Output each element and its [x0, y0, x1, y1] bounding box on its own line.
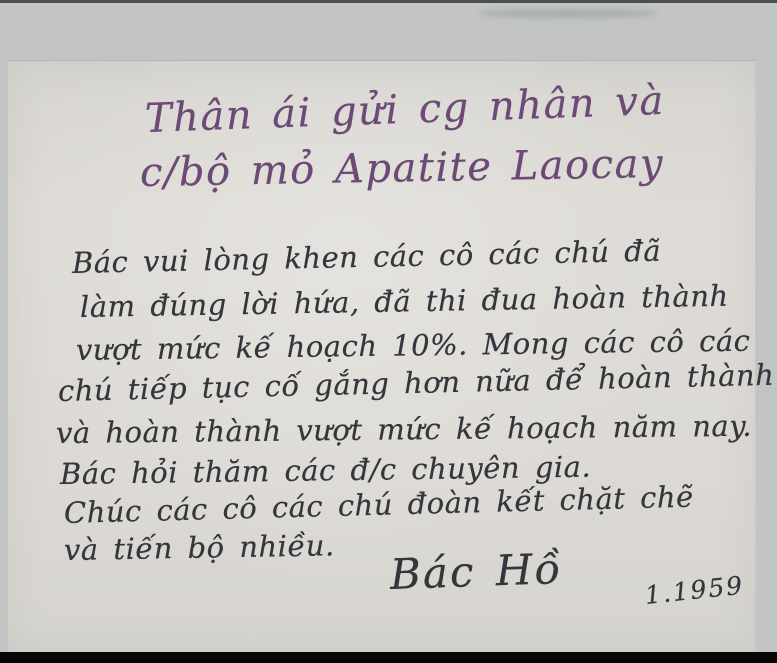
- signature: Bác Hồ: [389, 544, 563, 599]
- letter-body-line: và hoàn thành vượt mức kế hoạch năm nay.: [56, 409, 752, 450]
- faint-ink-smudge: [478, 9, 658, 18]
- letter-body-line: và tiến bộ nhiều.: [64, 528, 335, 567]
- letter-photo: Thân ái gửi cg nhân và c/bộ mỏ Apatite L…: [0, 0, 777, 663]
- photo-bottom-bar: [0, 652, 777, 663]
- letter-heading-line-2: c/bộ mỏ Apatite Laocay: [140, 141, 665, 196]
- photo-top-edge: [0, 0, 777, 3]
